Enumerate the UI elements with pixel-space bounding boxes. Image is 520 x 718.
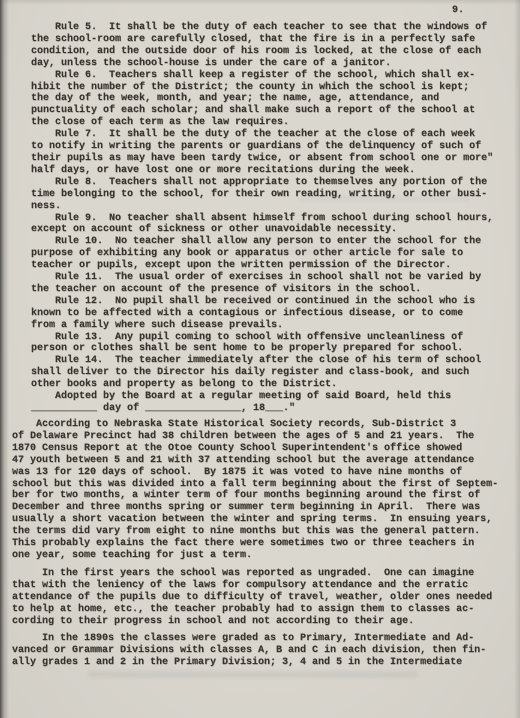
rule-10-paragraph: Rule 10. No teacher shall allow any pers… <box>31 236 501 272</box>
history-section: According to Nebraska State Historical S… <box>12 414 512 669</box>
rule-8-paragraph: Rule 8. Teachers shall not appropriate t… <box>31 177 501 213</box>
adoption-clause: Adopted by the Board at a regular meetin… <box>31 391 501 415</box>
history-paragraph-1: According to Nebraska State Historical S… <box>12 419 512 562</box>
page-number: 9. <box>452 5 464 17</box>
rule-5-paragraph: Rule 5. It shall be the duty of each tea… <box>31 22 501 70</box>
ink-bleed-smudge <box>280 248 440 254</box>
rule-13-paragraph: Rule 13. Any pupil coming to school with… <box>31 332 501 356</box>
document-page: 9. Rule 5. It shall be the duty of each … <box>0 0 520 718</box>
history-paragraph-3: In the 1890s the classes were graded as … <box>12 633 512 669</box>
rule-11-paragraph: Rule 11. The usual order of exercises in… <box>31 272 501 296</box>
rule-9-paragraph: Rule 9. No teacher shall absent himself … <box>31 213 501 237</box>
rules-section: Rule 5. It shall be the duty of each tea… <box>31 22 501 415</box>
rule-14-paragraph: Rule 14. The teacher immediately after t… <box>31 355 501 391</box>
ink-bleed-smudge <box>300 196 470 202</box>
history-paragraph-2: In the first years the school was report… <box>12 568 512 628</box>
rule-7-paragraph: Rule 7. It shall be the duty of the teac… <box>31 129 501 177</box>
rule-6-paragraph: Rule 6. Teachers shall keep a register o… <box>31 70 501 130</box>
ink-bleed-smudge <box>88 671 418 678</box>
rule-12-paragraph: Rule 12. No pupil shall be received or c… <box>31 296 501 332</box>
